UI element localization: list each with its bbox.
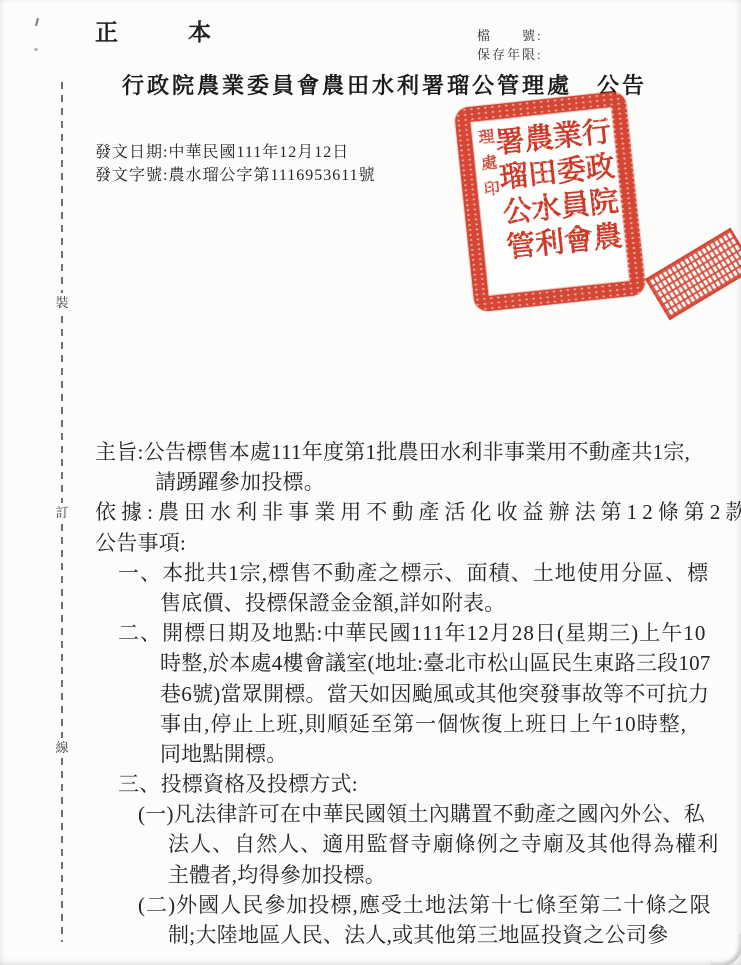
- body-line: 主體者,均得參加投標。: [168, 860, 735, 890]
- file-number-label: 檔 號:: [477, 26, 543, 45]
- signature-stamp: [645, 228, 741, 321]
- scanned-announcement-page: 正 本 檔 號: 保存年限: 行政院農業委員會農田水利署瑠公管理處 公告 發文日…: [0, 0, 741, 965]
- body-line: 巷6號)當眾開標。當天如因颱風或其他突發事故等不可抗力: [160, 679, 735, 709]
- binding-mark: 訂: [54, 503, 70, 522]
- body-line: 同地點開標。: [160, 739, 735, 769]
- body-text: 主旨:公告標售本處111年度第1批農田水利非事業用不動產共1宗,請踴躍參加投標。…: [95, 437, 735, 950]
- body-line: 請踴躍參加投標。: [155, 467, 735, 497]
- file-reference-block: 檔 號: 保存年限:: [477, 26, 543, 64]
- scan-artifact: [34, 48, 38, 51]
- copy-type-label: 正 本: [95, 14, 219, 47]
- agency-seal-stamp: 行政院農業委員會農田水利署瑠公管理處印: [454, 91, 646, 313]
- body-line: 法人、自然人、適用監督寺廟條例之寺廟及其他得為權利: [168, 829, 735, 859]
- body-line: 時整,於本處4樓會議室(地址:臺北市松山區民生東路三段107: [160, 648, 735, 678]
- body-line: (一)凡法律許可在中華民國領土內購置不動產之國內外公、私: [138, 799, 735, 829]
- retention-period-label: 保存年限:: [477, 45, 543, 64]
- body-line: 一、本批共1宗,標售不動產之標示、面積、土地使用分區、標: [118, 558, 735, 588]
- issue-date-line: 發文日期:中華民國111年12月12日: [95, 139, 349, 162]
- body-line: 事由,停止上班,則順延至第一個恢復上班日上午10時整,: [160, 709, 735, 739]
- body-line: 三、投標資格及投標方式:: [118, 769, 735, 799]
- scan-artifact: [35, 18, 39, 26]
- doc-number-line: 發文字號:農水瑠公字第1116953611號: [95, 162, 376, 185]
- body-line: 制;大陸地區人民、法人,或其他第三地區投資之公司參: [168, 920, 735, 950]
- body-line: 主旨:公告標售本處111年度第1批農田水利非事業用不動產共1宗,: [95, 437, 735, 467]
- body-line: 二、開標日期及地點:中華民國111年12月28日(星期三)上午10: [118, 618, 735, 648]
- binding-mark: 裝: [54, 293, 70, 312]
- binding-mark: 線: [54, 738, 70, 757]
- body-line: 售底價、投標保證金金額,詳如附表。: [160, 588, 735, 618]
- body-line: 公告事項:: [95, 528, 735, 558]
- body-line: (二)外國人民參加投標,應受土地法第十七條至第二十條之限: [138, 890, 735, 920]
- body-line: 依據:農田水利非事業用不動產活化收益辦法第12條第2款。: [95, 497, 735, 527]
- announcement-title: 行政院農業委員會農田水利署瑠公管理處 公告: [122, 69, 647, 100]
